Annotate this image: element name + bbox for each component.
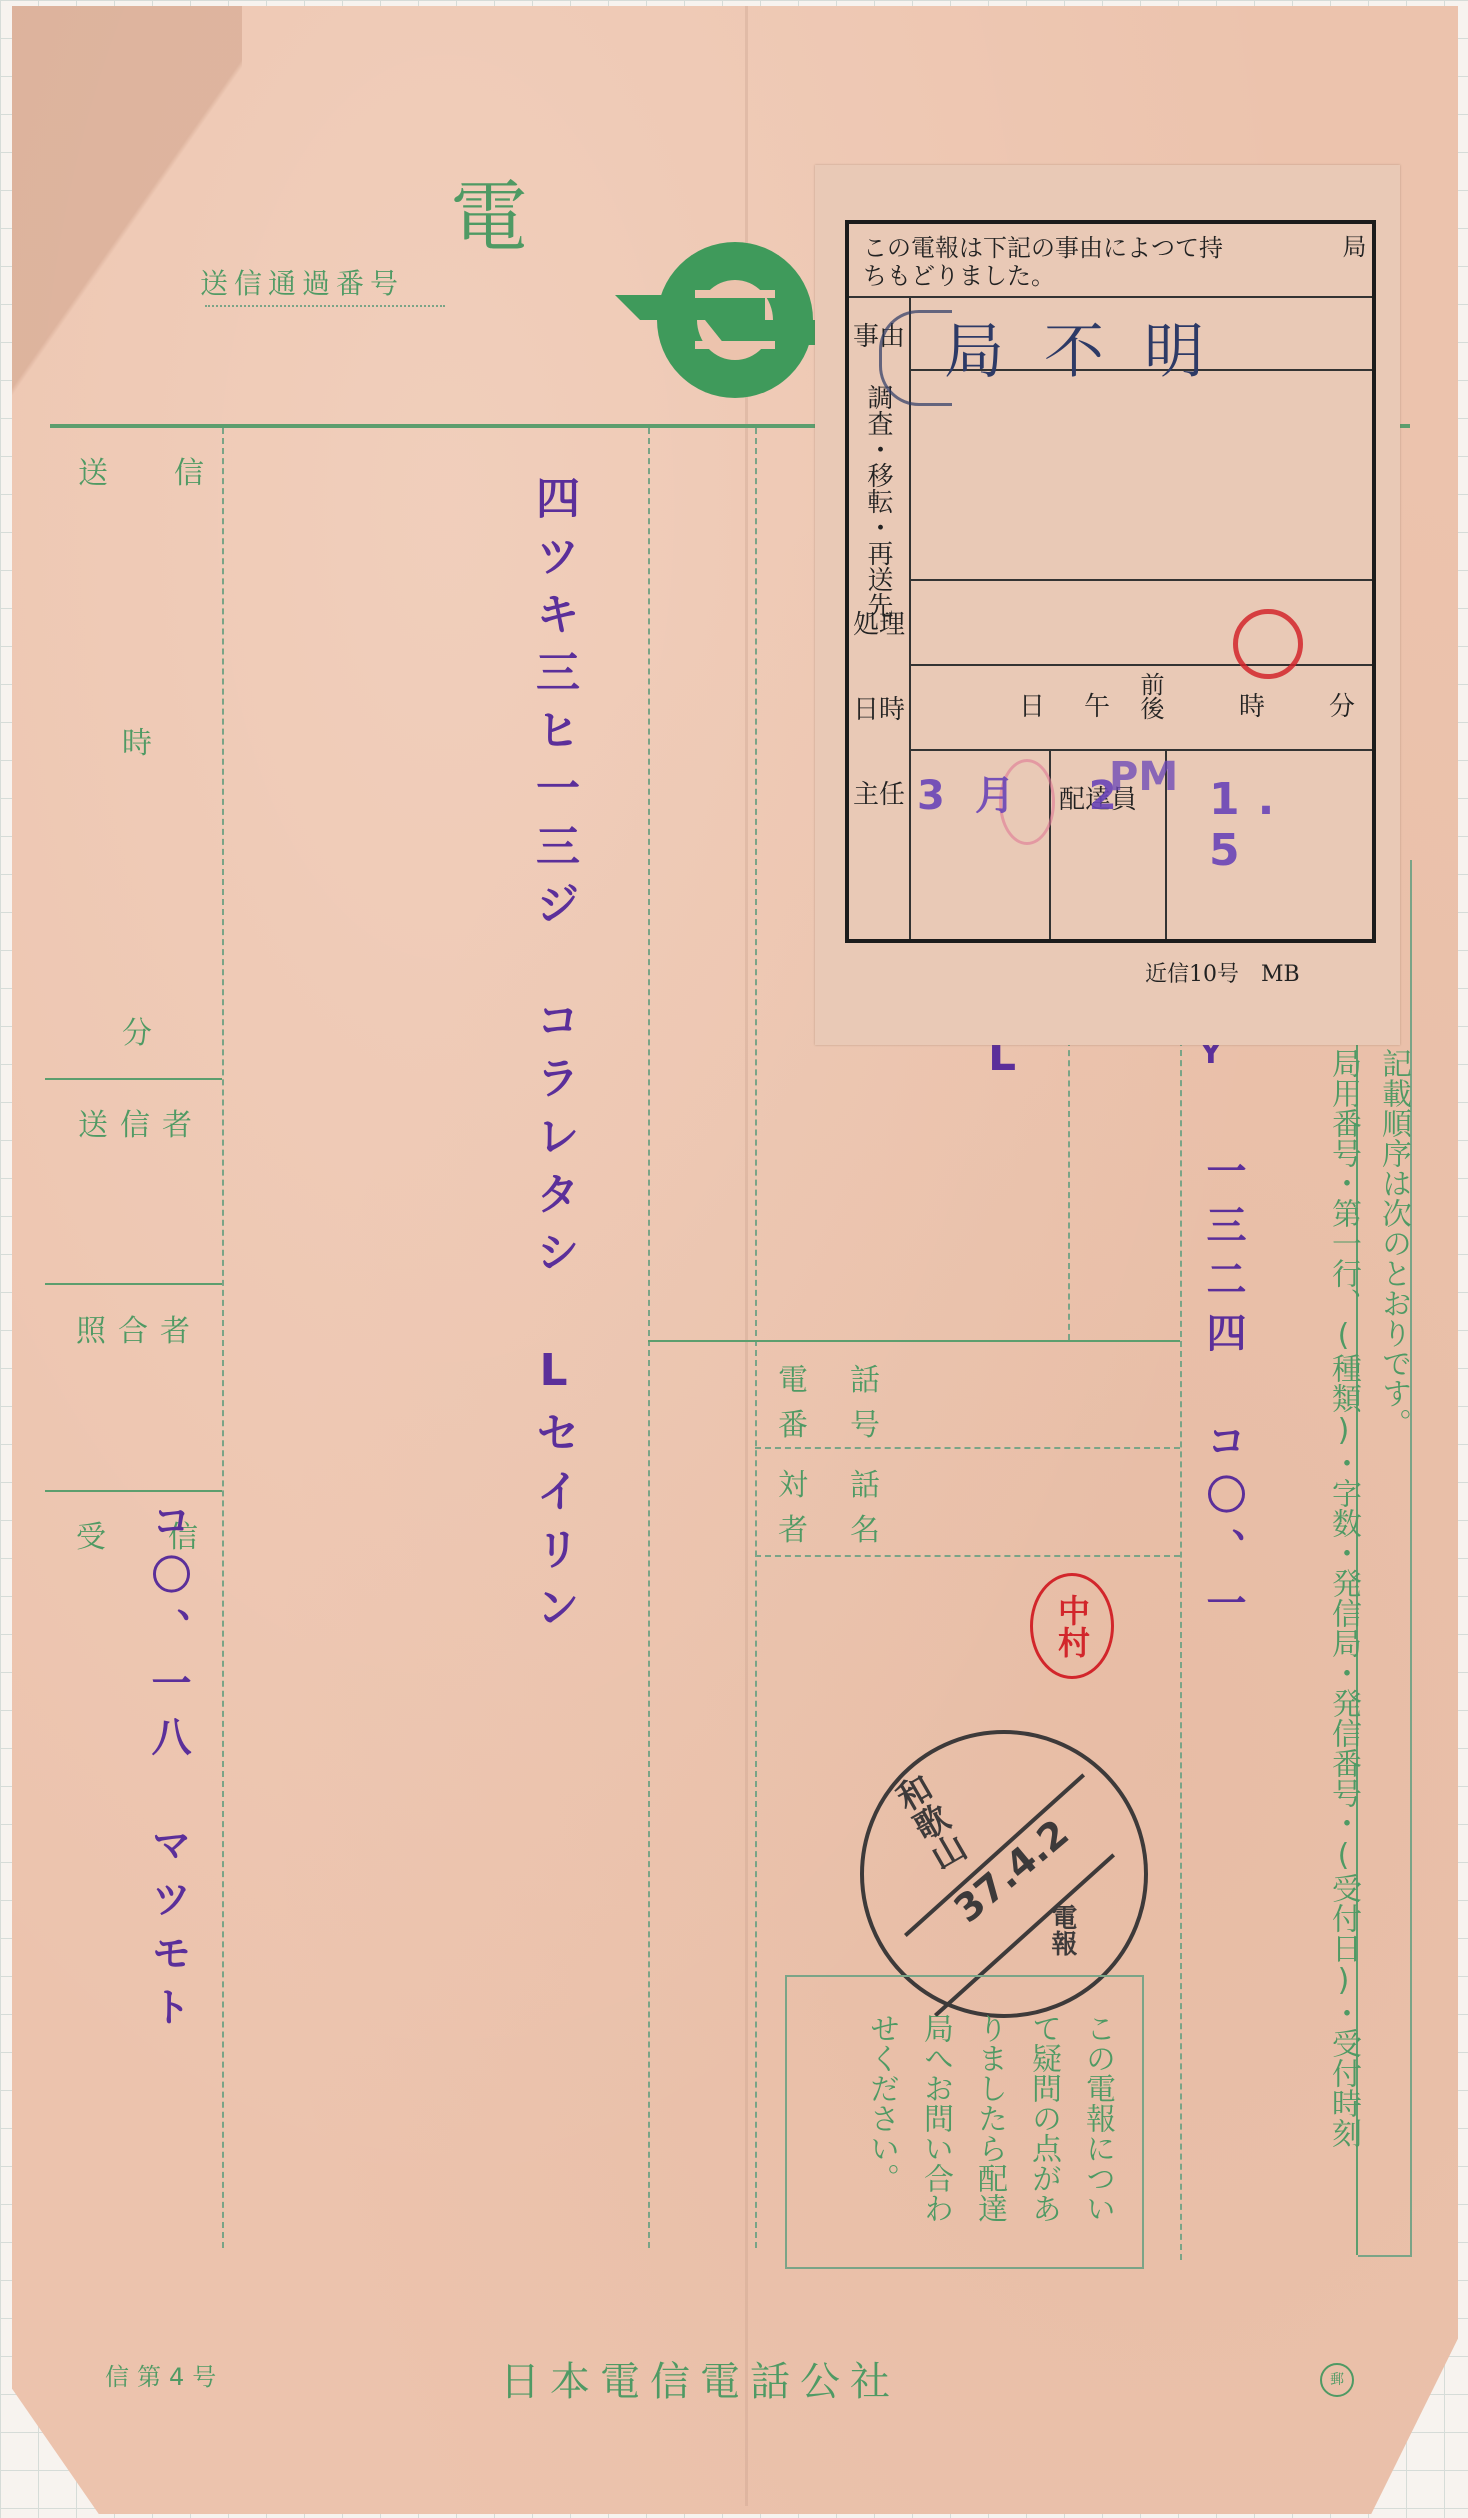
postal-mark-icon: 郵 [1320, 2363, 1354, 2397]
slip-header-line: この電報は下記の事由によつて持 [863, 234, 1333, 262]
slip-rule [909, 579, 1372, 581]
message-column-divider [755, 428, 757, 2248]
transit-number-label: 送信通過番号 [200, 262, 404, 302]
message-column-divider [1180, 1040, 1182, 2260]
postmark-place: 和歌山 [882, 1767, 975, 1880]
party-name-label: 対 話 [778, 1460, 886, 1504]
party-name-label: 者 名 [778, 1505, 886, 1549]
return-slip-frame: この電報は下記の事由によつて持 ちもどりました。 局 事由 調査・移転・再送先 … [845, 220, 1376, 943]
return-time-stamp: 1. 5 [1209, 774, 1372, 876]
phone-box-divider [755, 1447, 1180, 1449]
red-date-seal [1233, 609, 1303, 679]
receiver-stamp-text: コ〇、一八 マツモト [140, 1500, 197, 2040]
message-column-divider [648, 428, 650, 2248]
chief-label: 主任 [853, 774, 905, 811]
left-column-divider [222, 428, 224, 2248]
form-number: 信第4号 [105, 2357, 224, 2392]
inquiry-notice-box: この電報について疑問の点がありましたら配達局へお問い合わせください。 [785, 1975, 1144, 2269]
phone-number-label: 番 号 [778, 1400, 886, 1444]
phone-box-top [648, 1340, 1180, 1342]
postmark-suffix: 電報 [1044, 1904, 1081, 1956]
checker-label: 照合者 [76, 1306, 202, 1350]
return-slip: この電報は下記の事由によつて持 ちもどりました。 局 事由 調査・移転・再送先 … [815, 165, 1400, 1045]
nttpc-logo-icon [615, 240, 815, 400]
phone-number-label: 電 話 [778, 1355, 886, 1399]
transit-number-field[interactable] [205, 305, 445, 307]
slip-rule [909, 749, 1372, 751]
datetime-ampm: 午 [1084, 686, 1110, 723]
telegram-message-body: 四ツキ三ヒ一三ジ コラレタシ Lセイリン [528, 475, 578, 1642]
instruction-text: 記載順序は次のとおりです。 局用番号・第一行、(種類)・字数・発信局・発信番号・… [1318, 1048, 1418, 2248]
minute-label: 分 [122, 1008, 154, 1052]
slip-header-line: ちもどりました。 [863, 262, 1333, 290]
send-label: 送 信 [78, 448, 206, 492]
left-rule [45, 1490, 222, 1492]
inquiry-notice-text: この電報について疑問の点がありましたら配達局へお問い合わせください。 [854, 2013, 1124, 2243]
slip-rule [849, 296, 1372, 298]
origin-number-text: 一三二四 コ〇、一 [1195, 1150, 1252, 1636]
company-name: 日本電信電話公社 [500, 2350, 900, 2407]
form-title: 電 [450, 155, 528, 267]
instruction-line-1: 記載順序は次のとおりです。 [1368, 1048, 1418, 2248]
slip-rule [909, 664, 1372, 666]
return-pm-stamp: PM [1109, 754, 1178, 800]
nakamura-seal: 中村 [1030, 1573, 1114, 1679]
datetime-label: 日時 [853, 689, 905, 726]
datetime-day: 日 [1019, 686, 1045, 723]
hour-label: 時 [122, 718, 154, 762]
slip-header-kyoku: 局 [1338, 234, 1366, 258]
slip-form-code: 近信10号 MB [1145, 957, 1300, 988]
processing-label: 処理 [853, 604, 905, 641]
left-rule [45, 1283, 222, 1285]
investigation-label: 調査・移転・再送先 [865, 384, 891, 618]
phone-box-bottom [755, 1555, 1180, 1557]
sender-label: 送信者 [78, 1100, 204, 1144]
slip-header: この電報は下記の事由によつて持 ちもどりました。 [863, 234, 1333, 290]
instruction-line-2: 局用番号・第一行、(種類)・字数・発信局・発信番号・(受付日)・受付時刻 [1318, 1048, 1368, 2248]
datetime-minute: 分 [1329, 686, 1355, 723]
datetime-hour: 時 [1239, 686, 1265, 723]
receive-label: 受 [76, 1512, 108, 1556]
handwritten-bracket [879, 310, 952, 406]
message-column-divider [1068, 1040, 1070, 1340]
reason-handwritten: 局不明 [944, 304, 1244, 390]
datetime-ampm: 前後 [1133, 672, 1168, 720]
left-rule [45, 1078, 222, 1080]
